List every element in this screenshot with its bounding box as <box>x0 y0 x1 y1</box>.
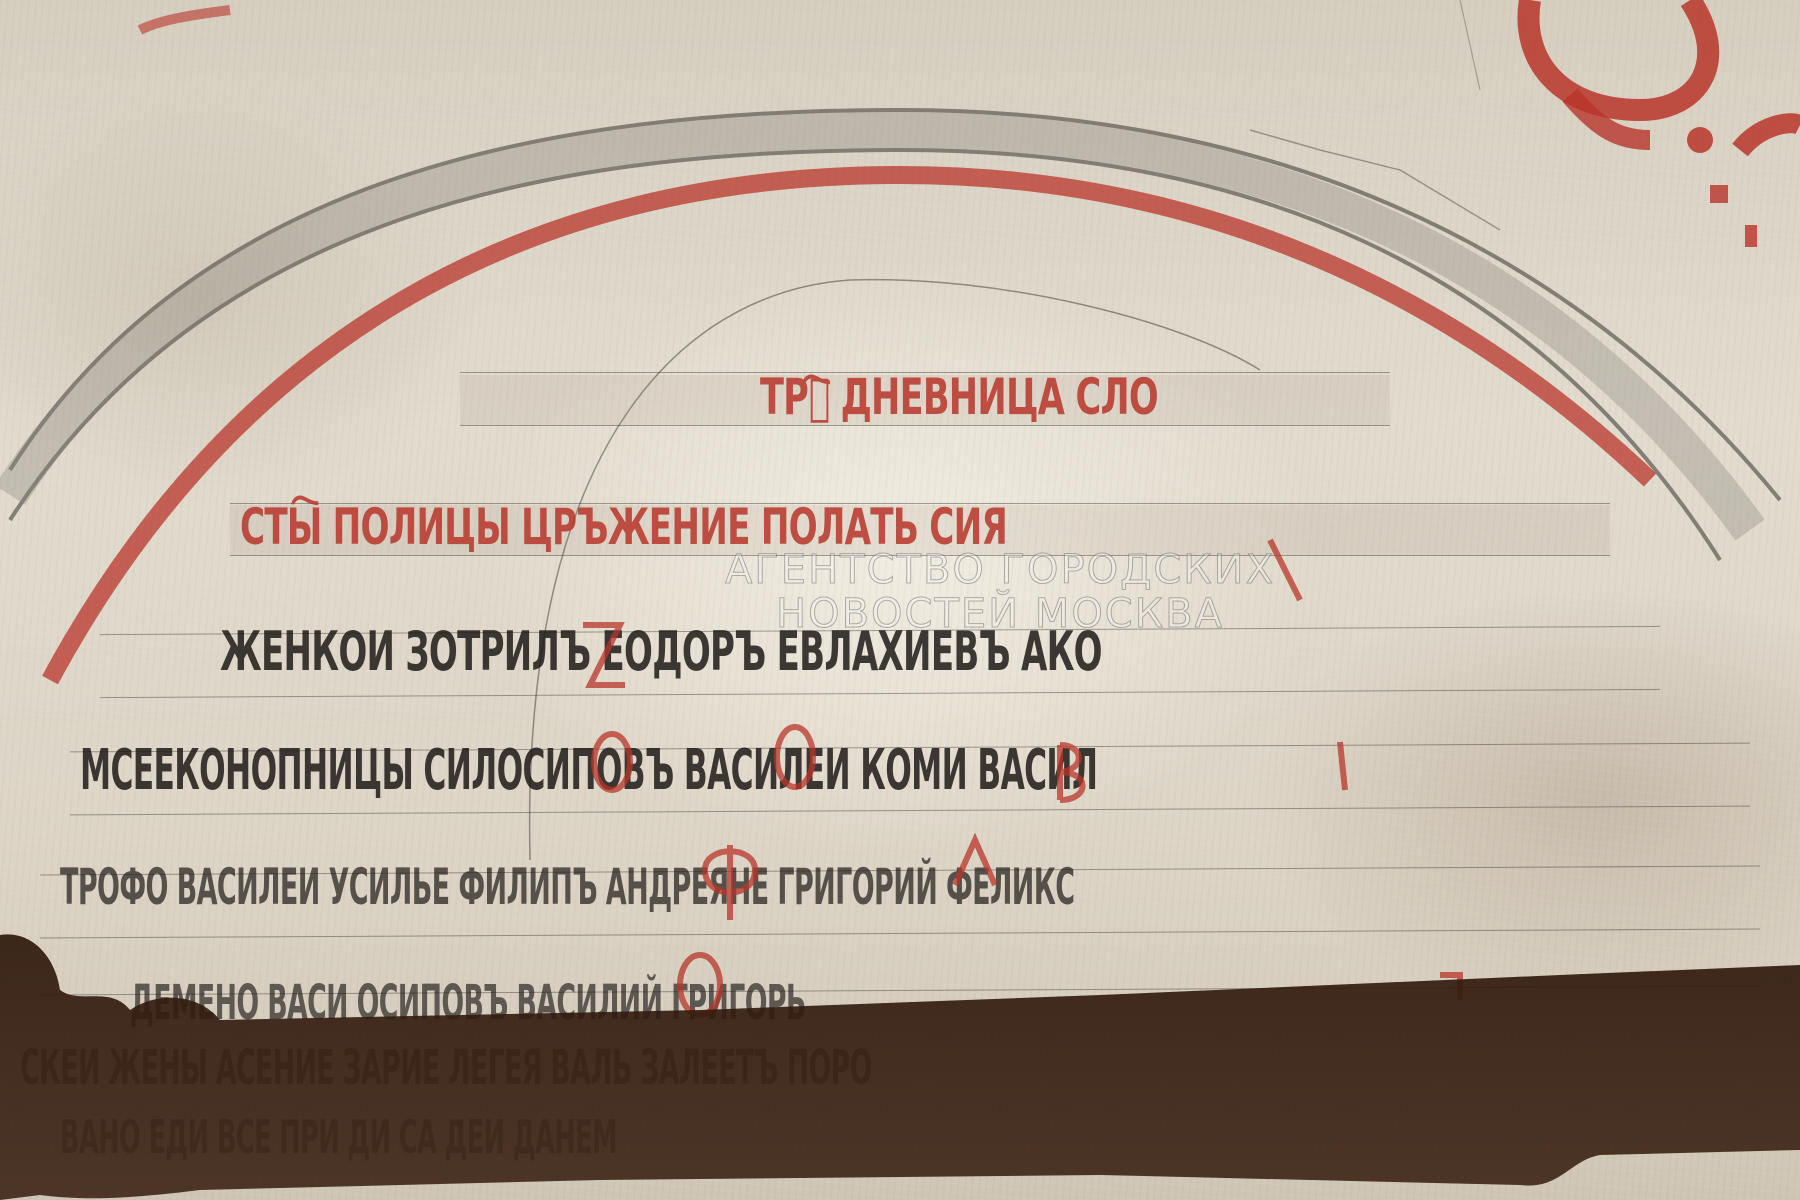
watermark-line-2: НОВОСТЕЙ МОСКВА <box>640 592 1360 636</box>
watermark: АГЕНТСТВО ГОРОДСКИХ НОВОСТЕЙ МОСКВА <box>640 548 1360 636</box>
watermark-line-1: АГЕНТСТВО ГОРОДСКИХ <box>640 548 1360 592</box>
